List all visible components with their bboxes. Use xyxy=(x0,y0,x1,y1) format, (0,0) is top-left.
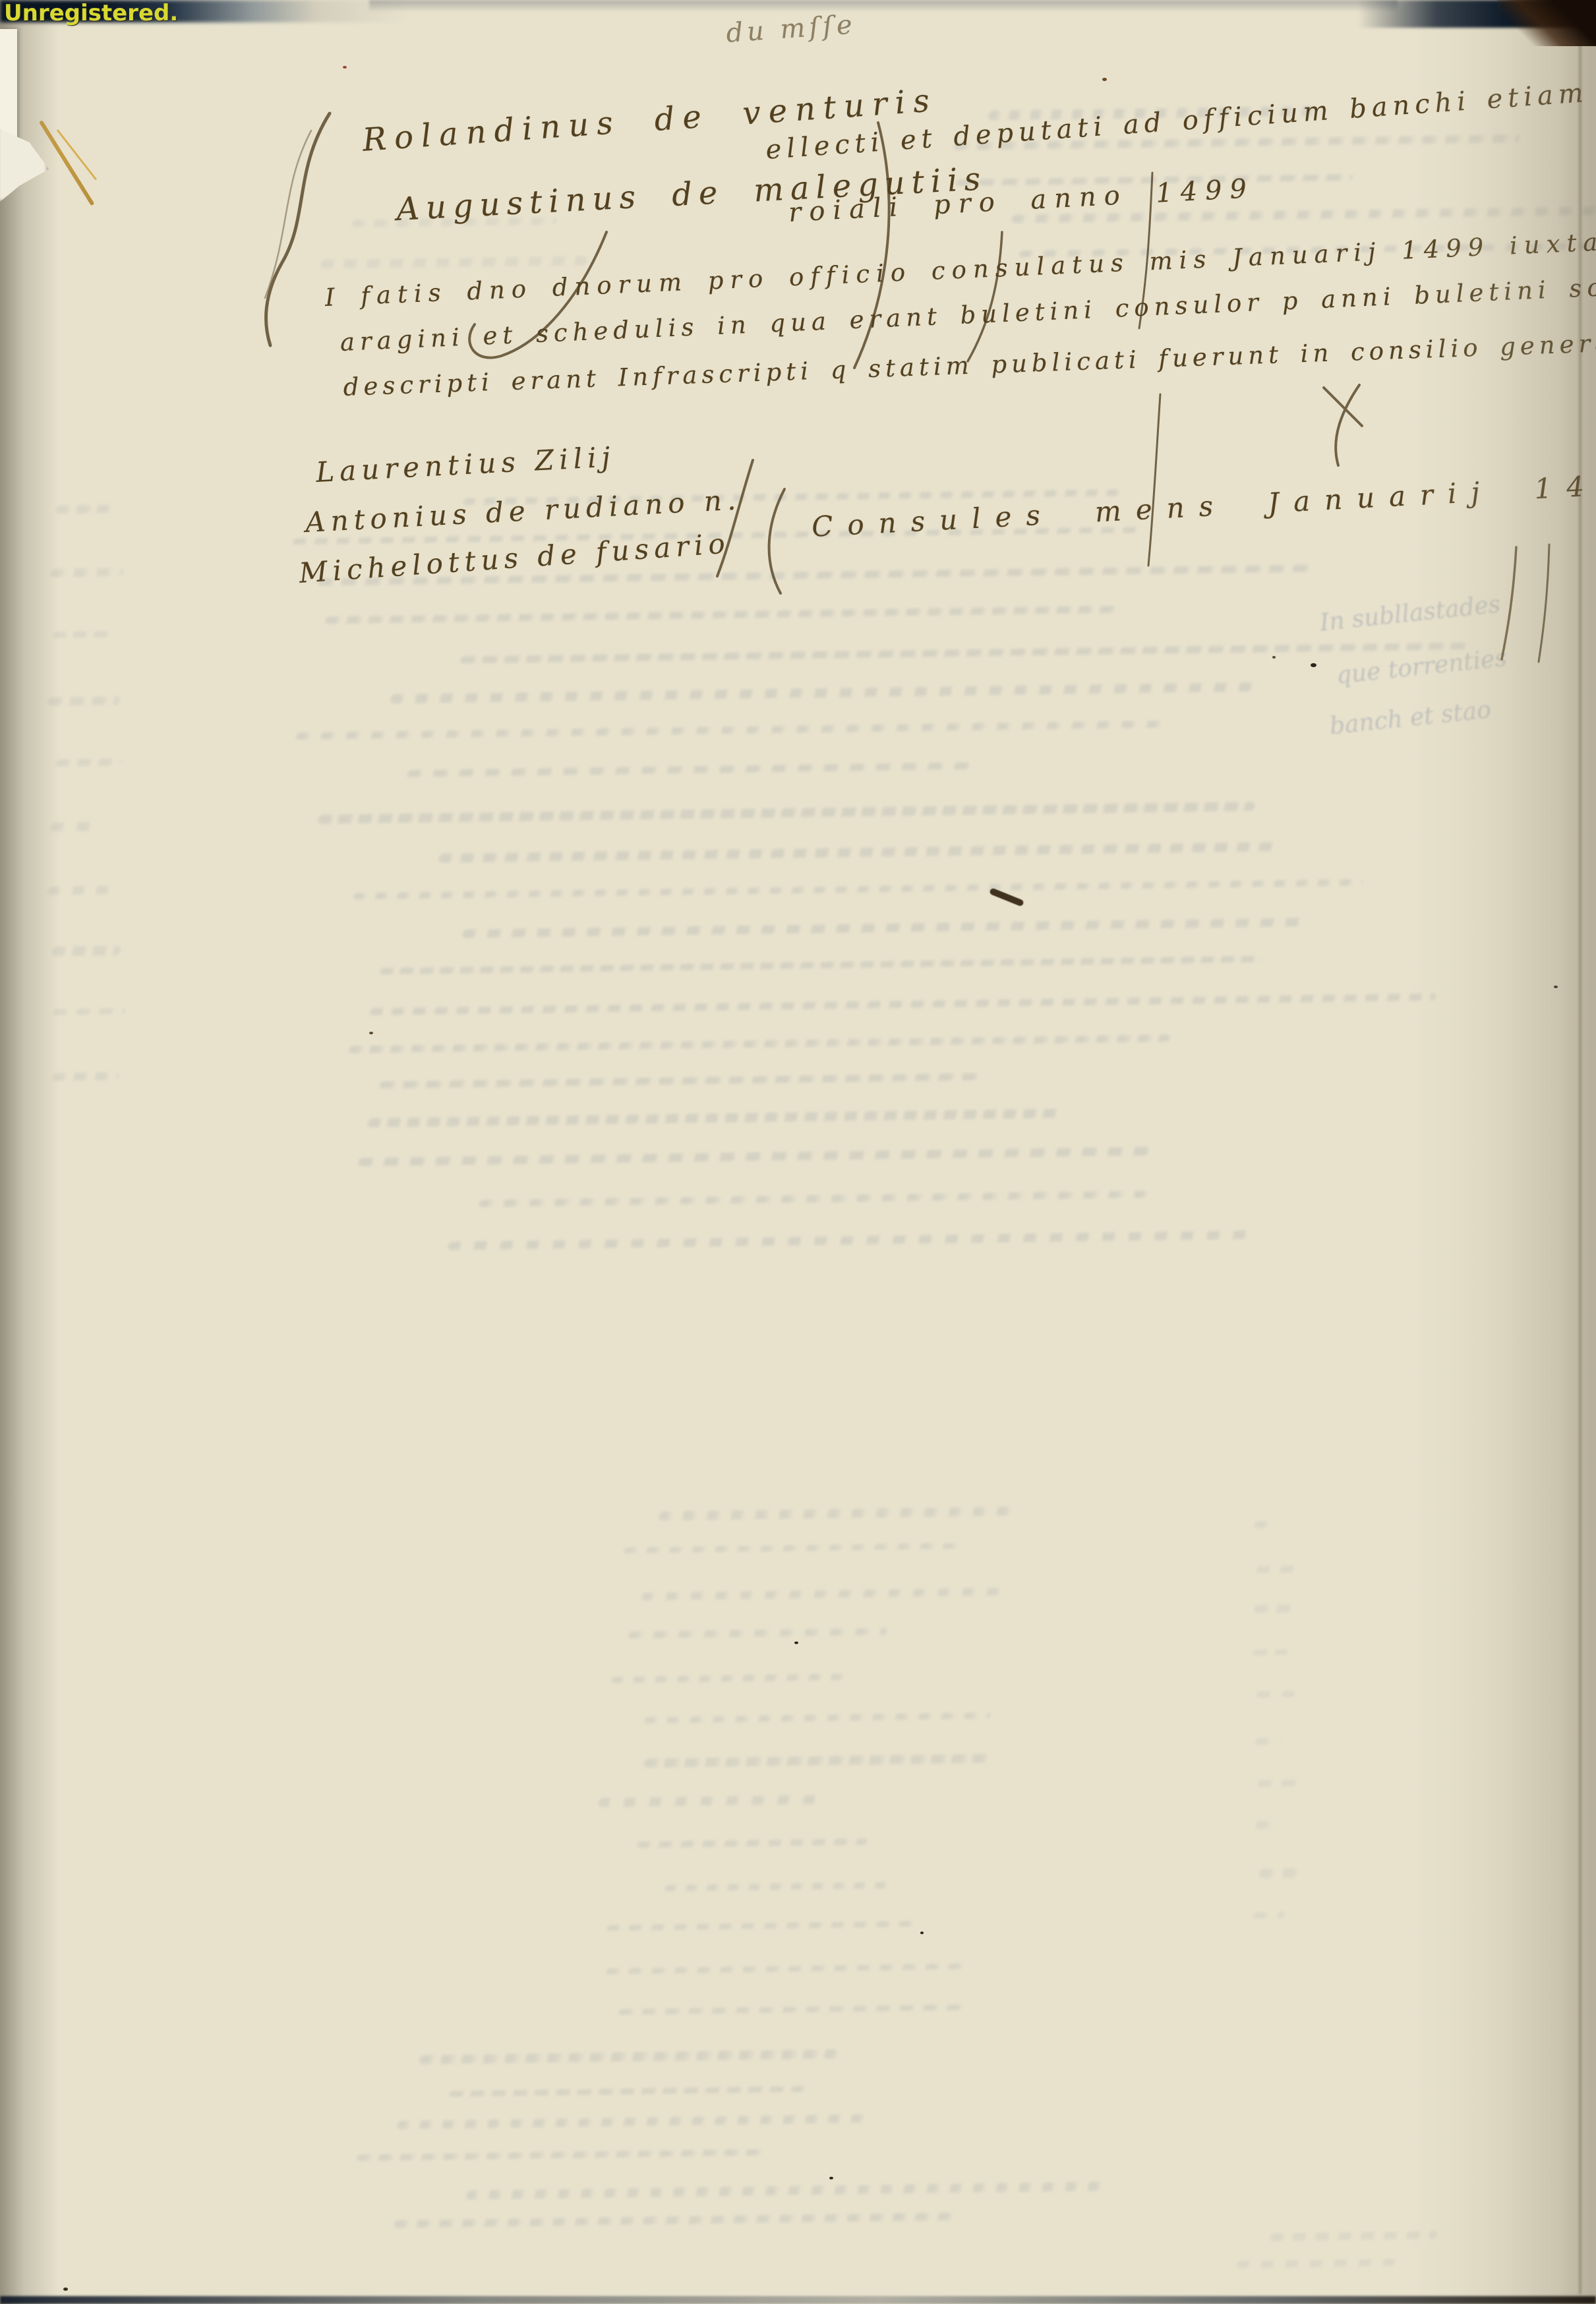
heading-year-tail xyxy=(968,232,1002,361)
right-gutter-shading xyxy=(1411,0,1596,2304)
scanner-watermark: Unregistered. xyxy=(4,0,178,26)
consuls-open-paren xyxy=(769,489,784,593)
left-page-edge-shadow xyxy=(0,0,59,2304)
scan-strip-top-middle xyxy=(369,0,1398,12)
manuscript-page: du mſſe Rolandinus de venturis Augustinu… xyxy=(0,0,1596,2304)
paper-speck xyxy=(1272,656,1276,659)
paper-speck xyxy=(63,2288,68,2291)
paragraph-descender xyxy=(1148,394,1160,566)
paper-speck xyxy=(920,1932,924,1934)
opening-flourish-hairline xyxy=(265,131,311,298)
binding-corner xyxy=(1497,0,1596,46)
vertical-crease xyxy=(1579,33,1581,2294)
paragraph-end-cross-1 xyxy=(1324,388,1362,426)
paragraph-end-cross-2 xyxy=(1336,385,1359,465)
opening-flourish-stroke xyxy=(266,113,330,345)
scan-strip-bottom xyxy=(0,2296,1596,2304)
under-page-sliver xyxy=(0,29,17,141)
paper-speck xyxy=(1102,78,1107,81)
